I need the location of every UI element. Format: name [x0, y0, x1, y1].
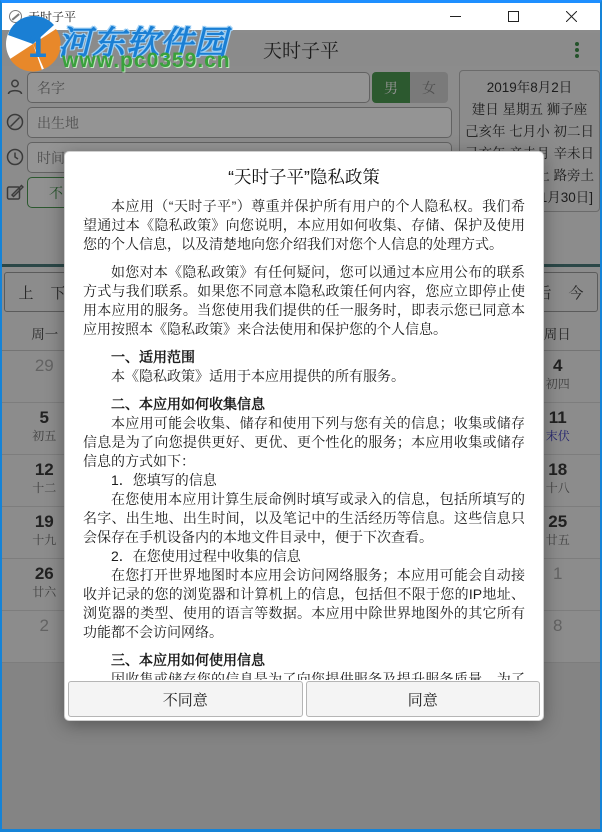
- policy-paragraph: 1．您填写的信息: [83, 471, 525, 490]
- close-button[interactable]: [542, 3, 600, 30]
- policy-paragraph: 因收集或储存您的信息是为了向您提供服务及提升服务质量，为了实现这一目的，我们可能…: [83, 670, 525, 680]
- policy-paragraph: 在您使用本应用计算生辰命例时填写或录入的信息，包括所填写的名字、出生地、出生时间…: [83, 490, 525, 547]
- agree-button[interactable]: 同意: [306, 681, 541, 717]
- dialog-title: “天时子平”隐私政策: [83, 164, 525, 189]
- policy-section-heading: 二、本应用如何收集信息: [83, 395, 525, 414]
- policy-paragraph: 本应用可能会收集、储存和使用下列与您有关的信息；收集或储存信息是为了向您提供更好…: [83, 414, 525, 471]
- policy-section-heading: 一、适用范围: [83, 348, 525, 367]
- app-window: 天时子平 天时子平 男 女 不限 2: [0, 0, 602, 832]
- policy-paragraph: 如您对本《隐私政策》有任何疑问，您可以通过本应用公布的联系方式与我们联系。如果您…: [83, 263, 525, 339]
- privacy-policy-dialog: “天时子平”隐私政策 本应用（“天时子平”）尊重并保护所有用户的个人隐私权。我们…: [64, 151, 544, 721]
- policy-paragraph: 2．在您使用过程中收集的信息: [83, 547, 525, 566]
- disagree-button[interactable]: 不同意: [68, 681, 303, 717]
- app-icon: [9, 10, 22, 23]
- policy-paragraph: 在您打开世界地图时本应用会访问网络服务；本应用可能会自动接收并记录的您的浏览器和…: [83, 566, 525, 642]
- minimize-button[interactable]: [426, 3, 484, 30]
- window-title: 天时子平: [28, 8, 76, 25]
- policy-paragraph: 本应用（“天时子平”）尊重并保护所有用户的个人隐私权。我们希望通过本《隐私政策》…: [83, 197, 525, 254]
- policy-paragraph: 本《隐私政策》适用于本应用提供的所有服务。: [83, 367, 525, 386]
- maximize-button[interactable]: [484, 3, 542, 30]
- policy-section-heading: 三、本应用如何使用信息: [83, 651, 525, 670]
- privacy-policy-body: “天时子平”隐私政策 本应用（“天时子平”）尊重并保护所有用户的个人隐私权。我们…: [65, 152, 543, 680]
- titlebar: 天时子平: [2, 3, 600, 30]
